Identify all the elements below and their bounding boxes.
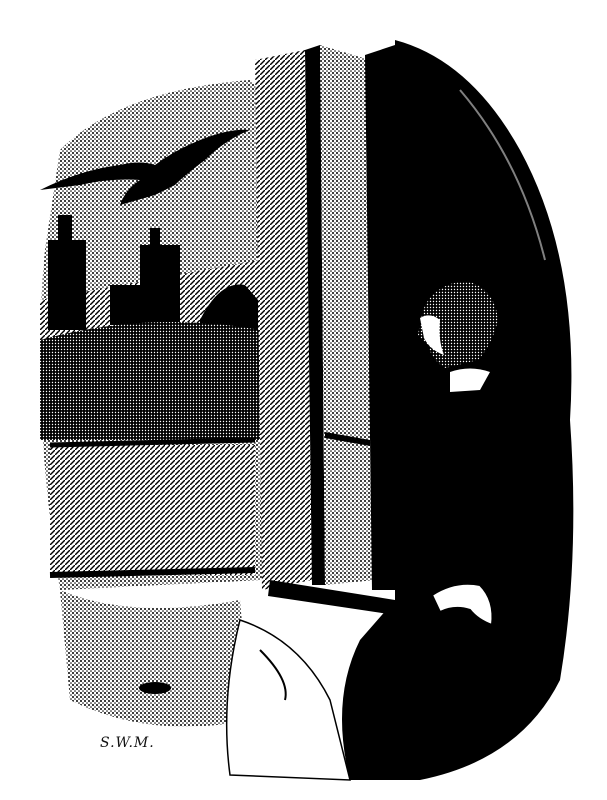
window: [255, 45, 398, 615]
building: [48, 240, 86, 330]
building: [140, 245, 180, 330]
ink-illustration: [0, 0, 607, 800]
artist-signature: S.W.M.: [100, 735, 155, 751]
